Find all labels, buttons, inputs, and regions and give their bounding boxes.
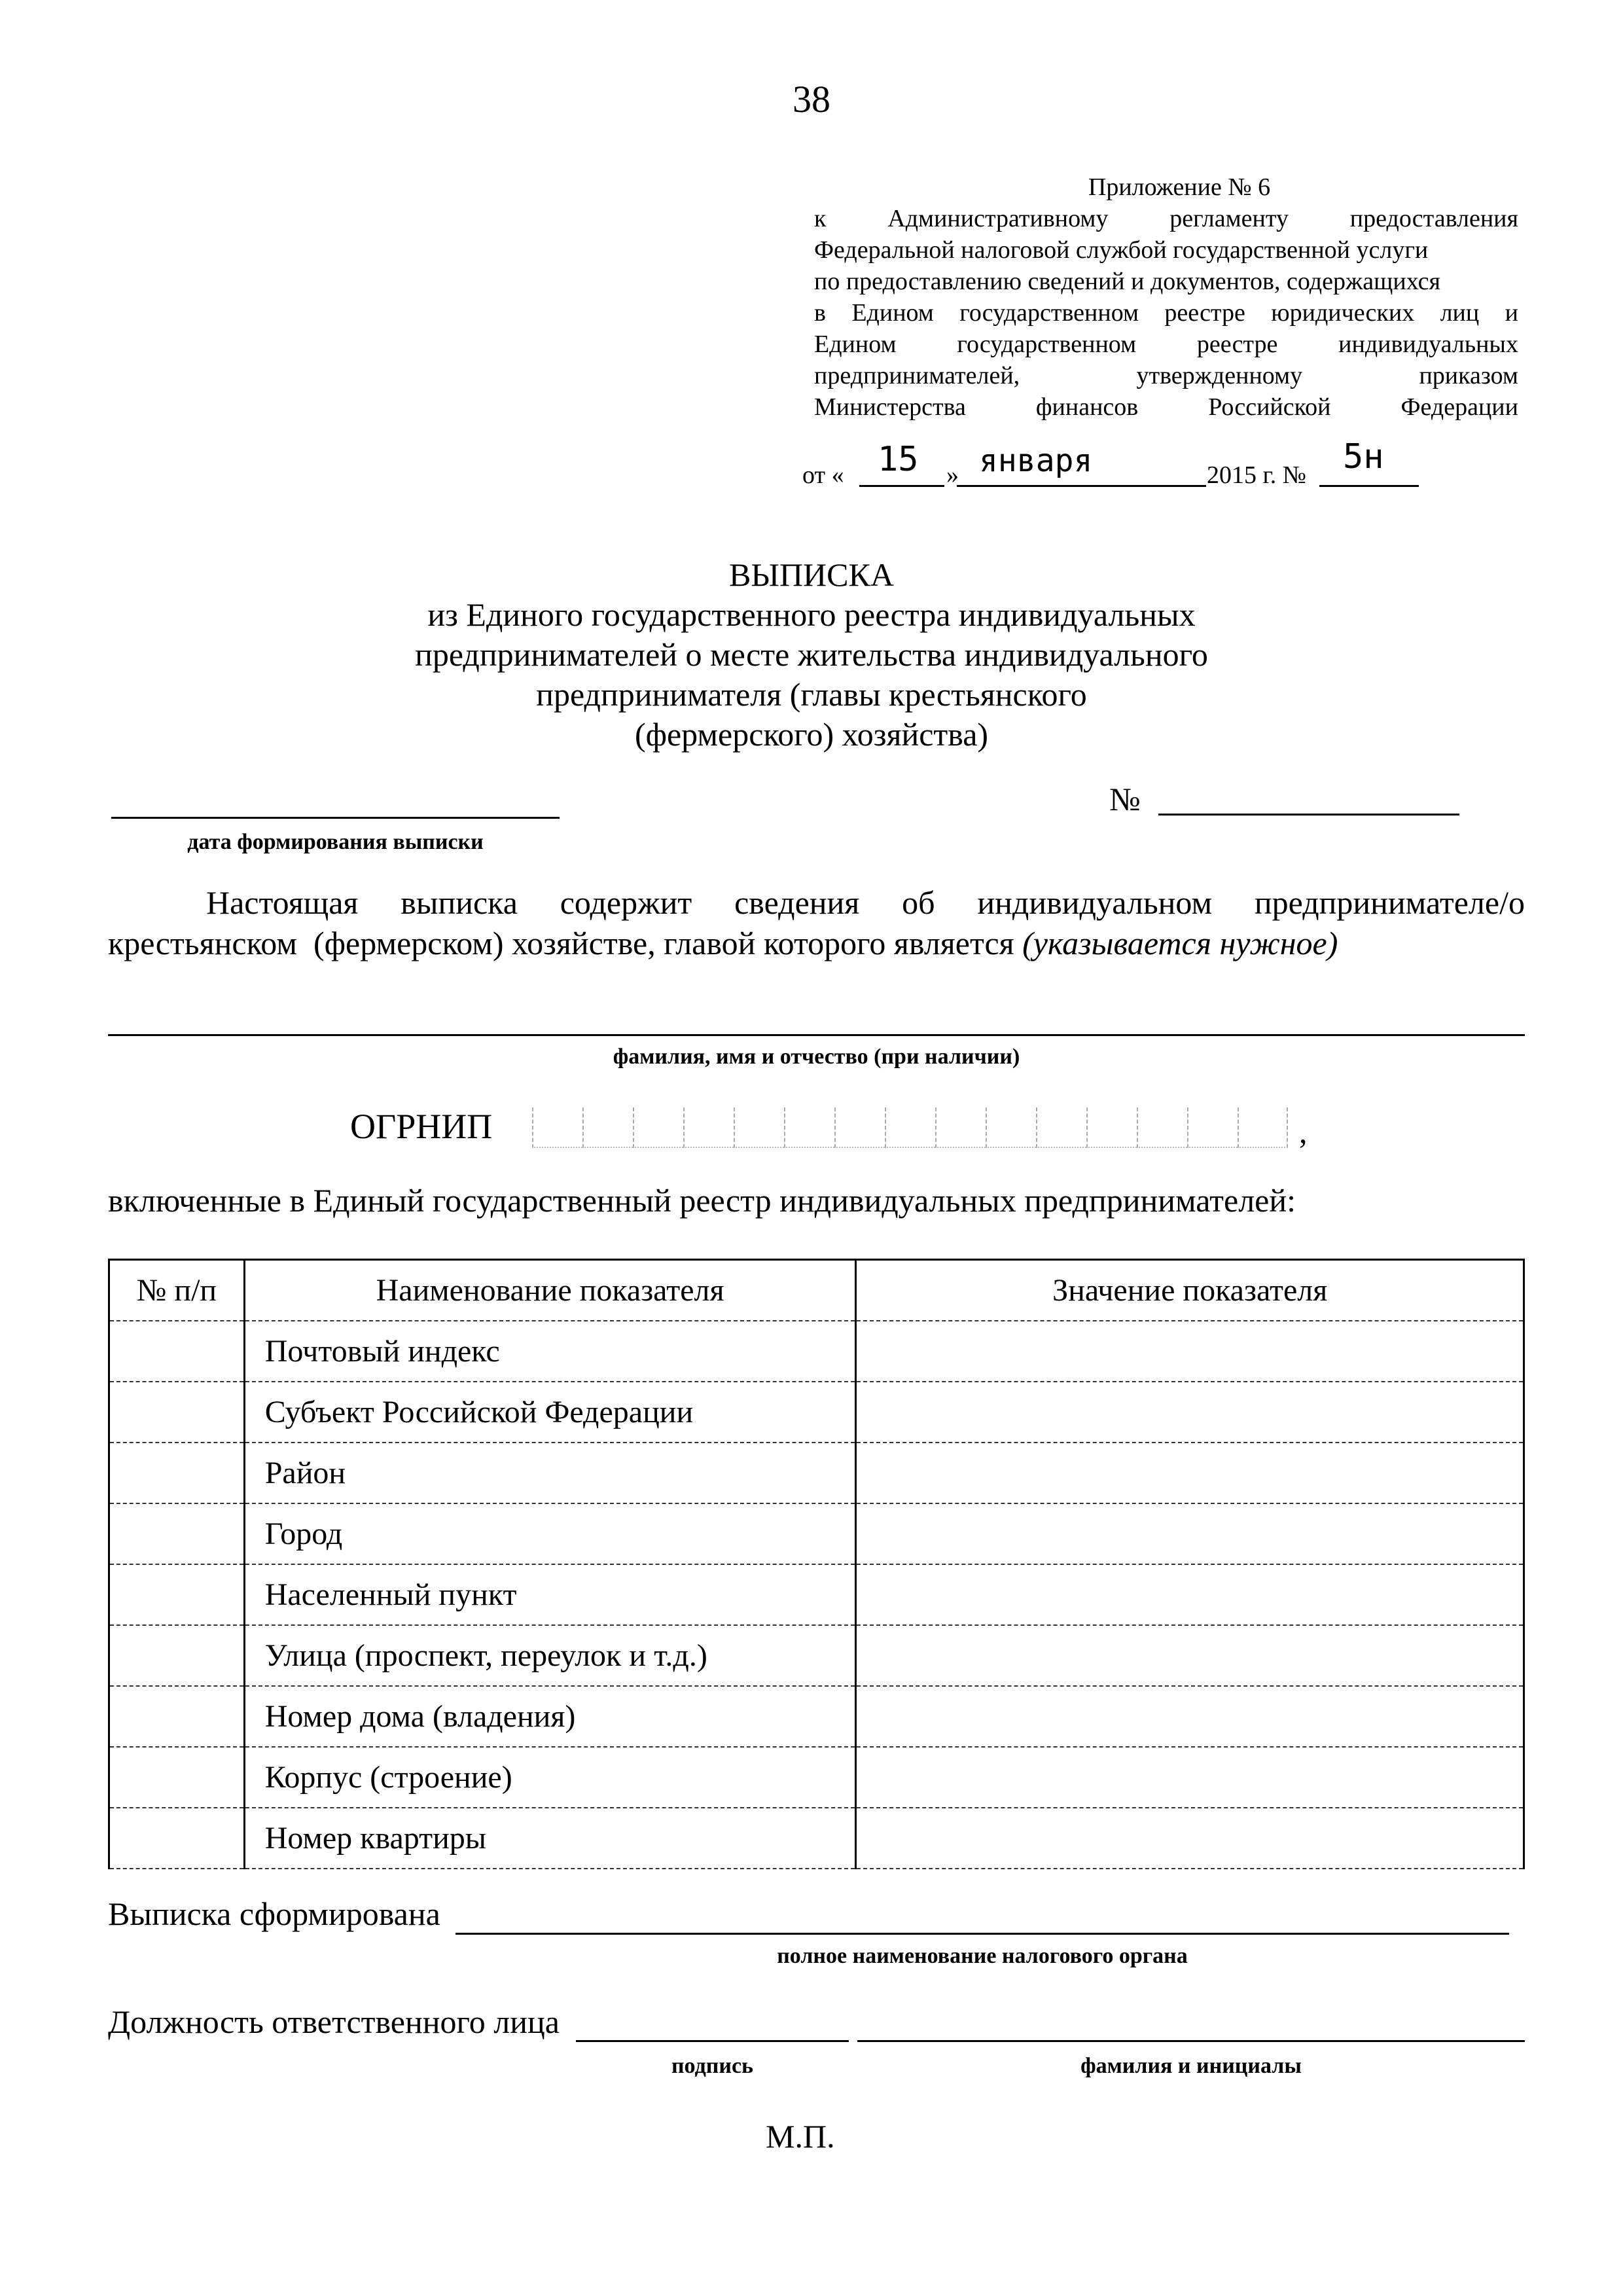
intro-paragraph: Настоящая выписка содержит сведения об и… <box>108 882 1525 963</box>
word: утвержденному <box>1136 360 1302 391</box>
intro-text: крестьянском (фермерском) хозяйстве, гла… <box>108 925 1022 961</box>
word: Российской <box>1208 391 1330 423</box>
word: государственном <box>957 329 1136 360</box>
word: юридических <box>1271 297 1414 329</box>
word: выписка <box>401 882 518 923</box>
tax-authority-caption: полное наименование налогового органа <box>455 1944 1509 1969</box>
word: государственном <box>959 297 1139 329</box>
ogrnip-cell[interactable] <box>784 1107 834 1148</box>
appendix-line-5: Едином государственном реестре индивидуа… <box>814 329 1518 360</box>
indicator-name: Номер дома (владения) <box>244 1686 856 1747</box>
ogrnip-label: ОГРНИП <box>350 1106 492 1147</box>
extract-date-caption: дата формирования выписки <box>111 830 560 855</box>
word: Федерации <box>1401 391 1518 423</box>
word: и <box>1505 297 1518 329</box>
indicator-value[interactable] <box>856 1747 1524 1808</box>
row-number[interactable] <box>109 1443 245 1503</box>
ogrnip-cell[interactable] <box>935 1107 986 1148</box>
appendix-line-3: по предоставлению сведений и документов,… <box>814 266 1518 297</box>
ogrnip-cell[interactable] <box>834 1107 885 1148</box>
table-row: Корпус (строение) <box>109 1747 1524 1808</box>
word: Министерства <box>814 391 966 423</box>
header-indicator-value: Значение показателя <box>856 1260 1524 1321</box>
official-name-caption: фамилия и инициалы <box>857 2054 1525 2079</box>
indicator-name: Почтовый индекс <box>244 1321 856 1382</box>
day-field[interactable] <box>859 485 944 487</box>
address-table: № п/п Наименование показателя Значение п… <box>108 1259 1525 1869</box>
row-number[interactable] <box>109 1382 245 1443</box>
ogrnip-cell[interactable] <box>1036 1107 1086 1148</box>
table-row: Номер дома (владения) <box>109 1686 1524 1747</box>
word: в <box>814 297 826 329</box>
row-number[interactable] <box>109 1503 245 1564</box>
row-number[interactable] <box>109 1625 245 1686</box>
word: предпринимателе/о <box>1255 882 1525 923</box>
title-line-1: из Единого государственного реестра инди… <box>262 595 1361 635</box>
indicator-name: Город <box>244 1503 856 1564</box>
page-number: 38 <box>785 77 838 121</box>
word: предпринимателей, <box>814 360 1020 391</box>
stamp-placeholder: М.П. <box>766 2117 835 2155</box>
row-number[interactable] <box>109 1808 245 1869</box>
day-value: 15 <box>878 440 919 479</box>
table-header-row: № п/п Наименование показателя Значение п… <box>109 1260 1524 1321</box>
ogrnip-cell[interactable] <box>734 1107 784 1148</box>
appendix-line-6: предпринимателей, утвержденному приказом <box>814 360 1518 391</box>
indicator-name: Номер квартиры <box>244 1808 856 1869</box>
ogrnip-input-cells[interactable] <box>532 1107 1288 1149</box>
month-value: января <box>979 442 1092 479</box>
word: финансов <box>1036 391 1138 423</box>
date-prefix: от « <box>802 461 844 490</box>
indicator-value[interactable] <box>856 1503 1524 1564</box>
header-indicator-name: Наименование показателя <box>244 1260 856 1321</box>
word: Едином <box>814 329 897 360</box>
title-line-2: предпринимателей о месте жительства инди… <box>262 635 1361 675</box>
row-number[interactable] <box>109 1564 245 1625</box>
word: Настоящая <box>206 882 358 923</box>
appendix-block: Приложение № 6 к Административному регла… <box>814 171 1518 423</box>
word: приказом <box>1419 360 1518 391</box>
ogrnip-cell[interactable] <box>1238 1107 1288 1148</box>
signature-caption: подпись <box>576 2054 849 2079</box>
table-row: Район <box>109 1443 1524 1503</box>
fio-caption: фамилия, имя и отчество (при наличии) <box>108 1045 1525 1069</box>
ogrnip-comma: , <box>1299 1113 1308 1151</box>
table-row: Город <box>109 1503 1524 1564</box>
ogrnip-cell[interactable] <box>532 1107 582 1148</box>
ogrnip-cell[interactable] <box>633 1107 683 1148</box>
intro-line-1: Настоящая выписка содержит сведения об и… <box>108 882 1525 923</box>
appendix-title: Приложение № 6 <box>814 171 1518 203</box>
order-number-field[interactable] <box>1319 485 1419 487</box>
row-number[interactable] <box>109 1686 245 1747</box>
word: предоставления <box>1350 203 1518 234</box>
title-line-3: предпринимателя (главы крестьянского <box>262 675 1361 715</box>
indicator-name: Населенный пункт <box>244 1564 856 1625</box>
word: индивидуальном <box>977 882 1212 923</box>
word: об <box>902 882 935 923</box>
official-position-label: Должность ответственного лица <box>108 2003 560 2041</box>
row-number[interactable] <box>109 1747 245 1808</box>
word: лиц <box>1440 297 1480 329</box>
word: индивидуальных <box>1338 329 1518 360</box>
indicator-value[interactable] <box>856 1625 1524 1686</box>
indicator-name: Улица (проспект, переулок и т.д.) <box>244 1625 856 1686</box>
appendix-line-1: к Административному регламенту предостав… <box>814 203 1518 234</box>
ogrnip-cell[interactable] <box>1187 1107 1238 1148</box>
word: Административному <box>887 203 1108 234</box>
text: по предоставлению сведений и документов,… <box>814 266 1440 297</box>
indicator-value[interactable] <box>856 1382 1524 1443</box>
document-title: ВЫПИСКА из Единого государственного реес… <box>262 555 1361 755</box>
tax-authority-field[interactable] <box>455 1933 1509 1935</box>
appendix-line-2: Федеральной налоговой службой государств… <box>814 234 1518 266</box>
indicator-name: Корпус (строение) <box>244 1747 856 1808</box>
included-text: включенные в Единый государственный реес… <box>108 1181 1296 1219</box>
intro-line-2: крестьянском (фермерском) хозяйстве, гла… <box>108 923 1525 963</box>
indicator-value[interactable] <box>856 1808 1524 1869</box>
order-number-value: 5н <box>1343 437 1384 476</box>
text: Федеральной налоговой службой государств… <box>814 234 1428 266</box>
table-row: Субъект Российской Федерации <box>109 1382 1524 1443</box>
word: реестре <box>1197 329 1277 360</box>
table-row: Номер квартиры <box>109 1808 1524 1869</box>
signature-field[interactable] <box>576 2040 849 2042</box>
ogrnip-cell[interactable] <box>1137 1107 1187 1148</box>
formed-by-label: Выписка сформирована <box>108 1895 440 1933</box>
word: к <box>814 203 826 234</box>
word: реестре <box>1164 297 1245 329</box>
indicator-name: Район <box>244 1443 856 1503</box>
ogrnip-cell[interactable] <box>986 1107 1036 1148</box>
word: регламенту <box>1169 203 1289 234</box>
indicator-value[interactable] <box>856 1686 1524 1747</box>
indicator-value[interactable] <box>856 1443 1524 1503</box>
header-number: № п/п <box>109 1260 245 1321</box>
extract-date-field[interactable] <box>111 817 560 819</box>
indicator-name: Субъект Российской Федерации <box>244 1382 856 1443</box>
word: Едином <box>851 297 934 329</box>
extract-number-label: № <box>1109 780 1141 818</box>
table-row: Улица (проспект, переулок и т.д.) <box>109 1625 1524 1686</box>
ogrnip-cell[interactable] <box>1086 1107 1137 1148</box>
extract-number-field[interactable] <box>1158 814 1459 816</box>
word: содержит <box>560 882 692 923</box>
row-number[interactable] <box>109 1321 245 1382</box>
title-heading: ВЫПИСКА <box>262 555 1361 595</box>
fio-field[interactable] <box>108 1034 1525 1036</box>
appendix-line-7: Министерства финансов Российской Федерац… <box>814 391 1518 423</box>
title-line-4: (фермерского) хозяйства) <box>262 715 1361 755</box>
appendix-line-4: в Едином государственном реестре юридиче… <box>814 297 1518 329</box>
order-date-row: от « 15 » января 2015 г. № 5н <box>802 442 1431 501</box>
intro-note: (указывается нужное) <box>1022 925 1338 961</box>
table-row: Почтовый индекс <box>109 1321 1524 1382</box>
indicator-value[interactable] <box>856 1564 1524 1625</box>
indicator-value[interactable] <box>856 1321 1524 1382</box>
year-label: 2015 г. № <box>1207 461 1306 490</box>
word: сведения <box>734 882 859 923</box>
ogrnip-cell[interactable] <box>683 1107 734 1148</box>
table-row: Населенный пункт <box>109 1564 1524 1625</box>
ogrnip-cell[interactable] <box>885 1107 935 1148</box>
month-field[interactable] <box>957 485 1206 487</box>
ogrnip-cell[interactable] <box>582 1107 633 1148</box>
official-name-field[interactable] <box>857 2040 1525 2042</box>
